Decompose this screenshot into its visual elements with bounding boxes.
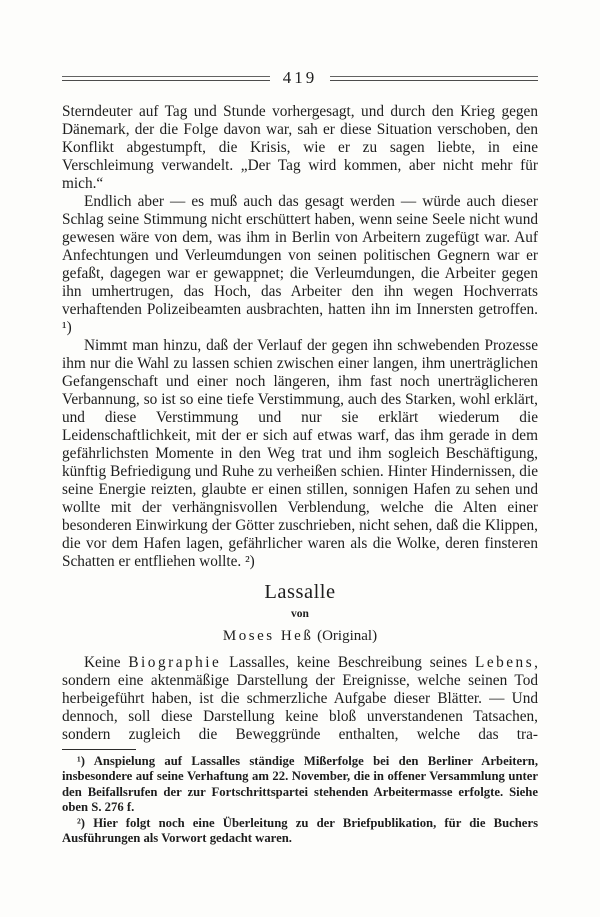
article-author-line: Moses Heß (Original): [62, 628, 538, 645]
header-rule-right: [330, 76, 538, 81]
paragraph: Nimmt man hinzu, daß der Verlauf der geg…: [62, 337, 538, 571]
emphasized-word: Lebens: [475, 654, 534, 671]
author-name: Moses Heß: [223, 628, 313, 644]
author-note: (Original): [317, 628, 377, 644]
footnote-text: Anspielung auf Lassalles ständige Mißerf…: [62, 754, 538, 814]
paragraph-text: Keine: [84, 654, 128, 671]
footnote-separator-rule: [62, 749, 136, 750]
header-rule-left: [62, 76, 270, 81]
footnotes-block: ¹) Anspielung auf Lassalles ständige Miß…: [62, 749, 538, 846]
page-header: 419: [62, 70, 538, 87]
footnote-text: Hier folgt noch eine Überleitung zu der …: [62, 816, 538, 845]
footnote-marker: ²): [77, 816, 85, 830]
book-page: 419 Sterndeuter auf Tag und Stunde vorhe…: [0, 0, 600, 917]
paragraph-text: Lassalles, keine Beschreibung seines: [221, 654, 475, 671]
page-body: Sterndeuter auf Tag und Stunde vorherges…: [62, 103, 538, 744]
footnote: ²) Hier folgt noch eine Überleitung zu d…: [62, 816, 538, 847]
article-byline: von: [62, 608, 538, 621]
page-number: 419: [283, 69, 318, 86]
article-title: Lassalle: [62, 580, 538, 604]
paragraph: Endlich aber — es muß auch das gesagt we…: [62, 193, 538, 337]
emphasized-word: Biographie: [128, 654, 221, 671]
article-section: Lassalle von Moses Heß (Original) Keine …: [62, 580, 538, 744]
paragraph: Keine Biographie Lassalles, keine Beschr…: [62, 654, 538, 744]
footnote-marker: ¹): [77, 754, 85, 768]
footnote: ¹) Anspielung auf Lassalles ständige Miß…: [62, 754, 538, 816]
paragraph-continuation: Sterndeuter auf Tag und Stunde vorherges…: [62, 103, 538, 193]
